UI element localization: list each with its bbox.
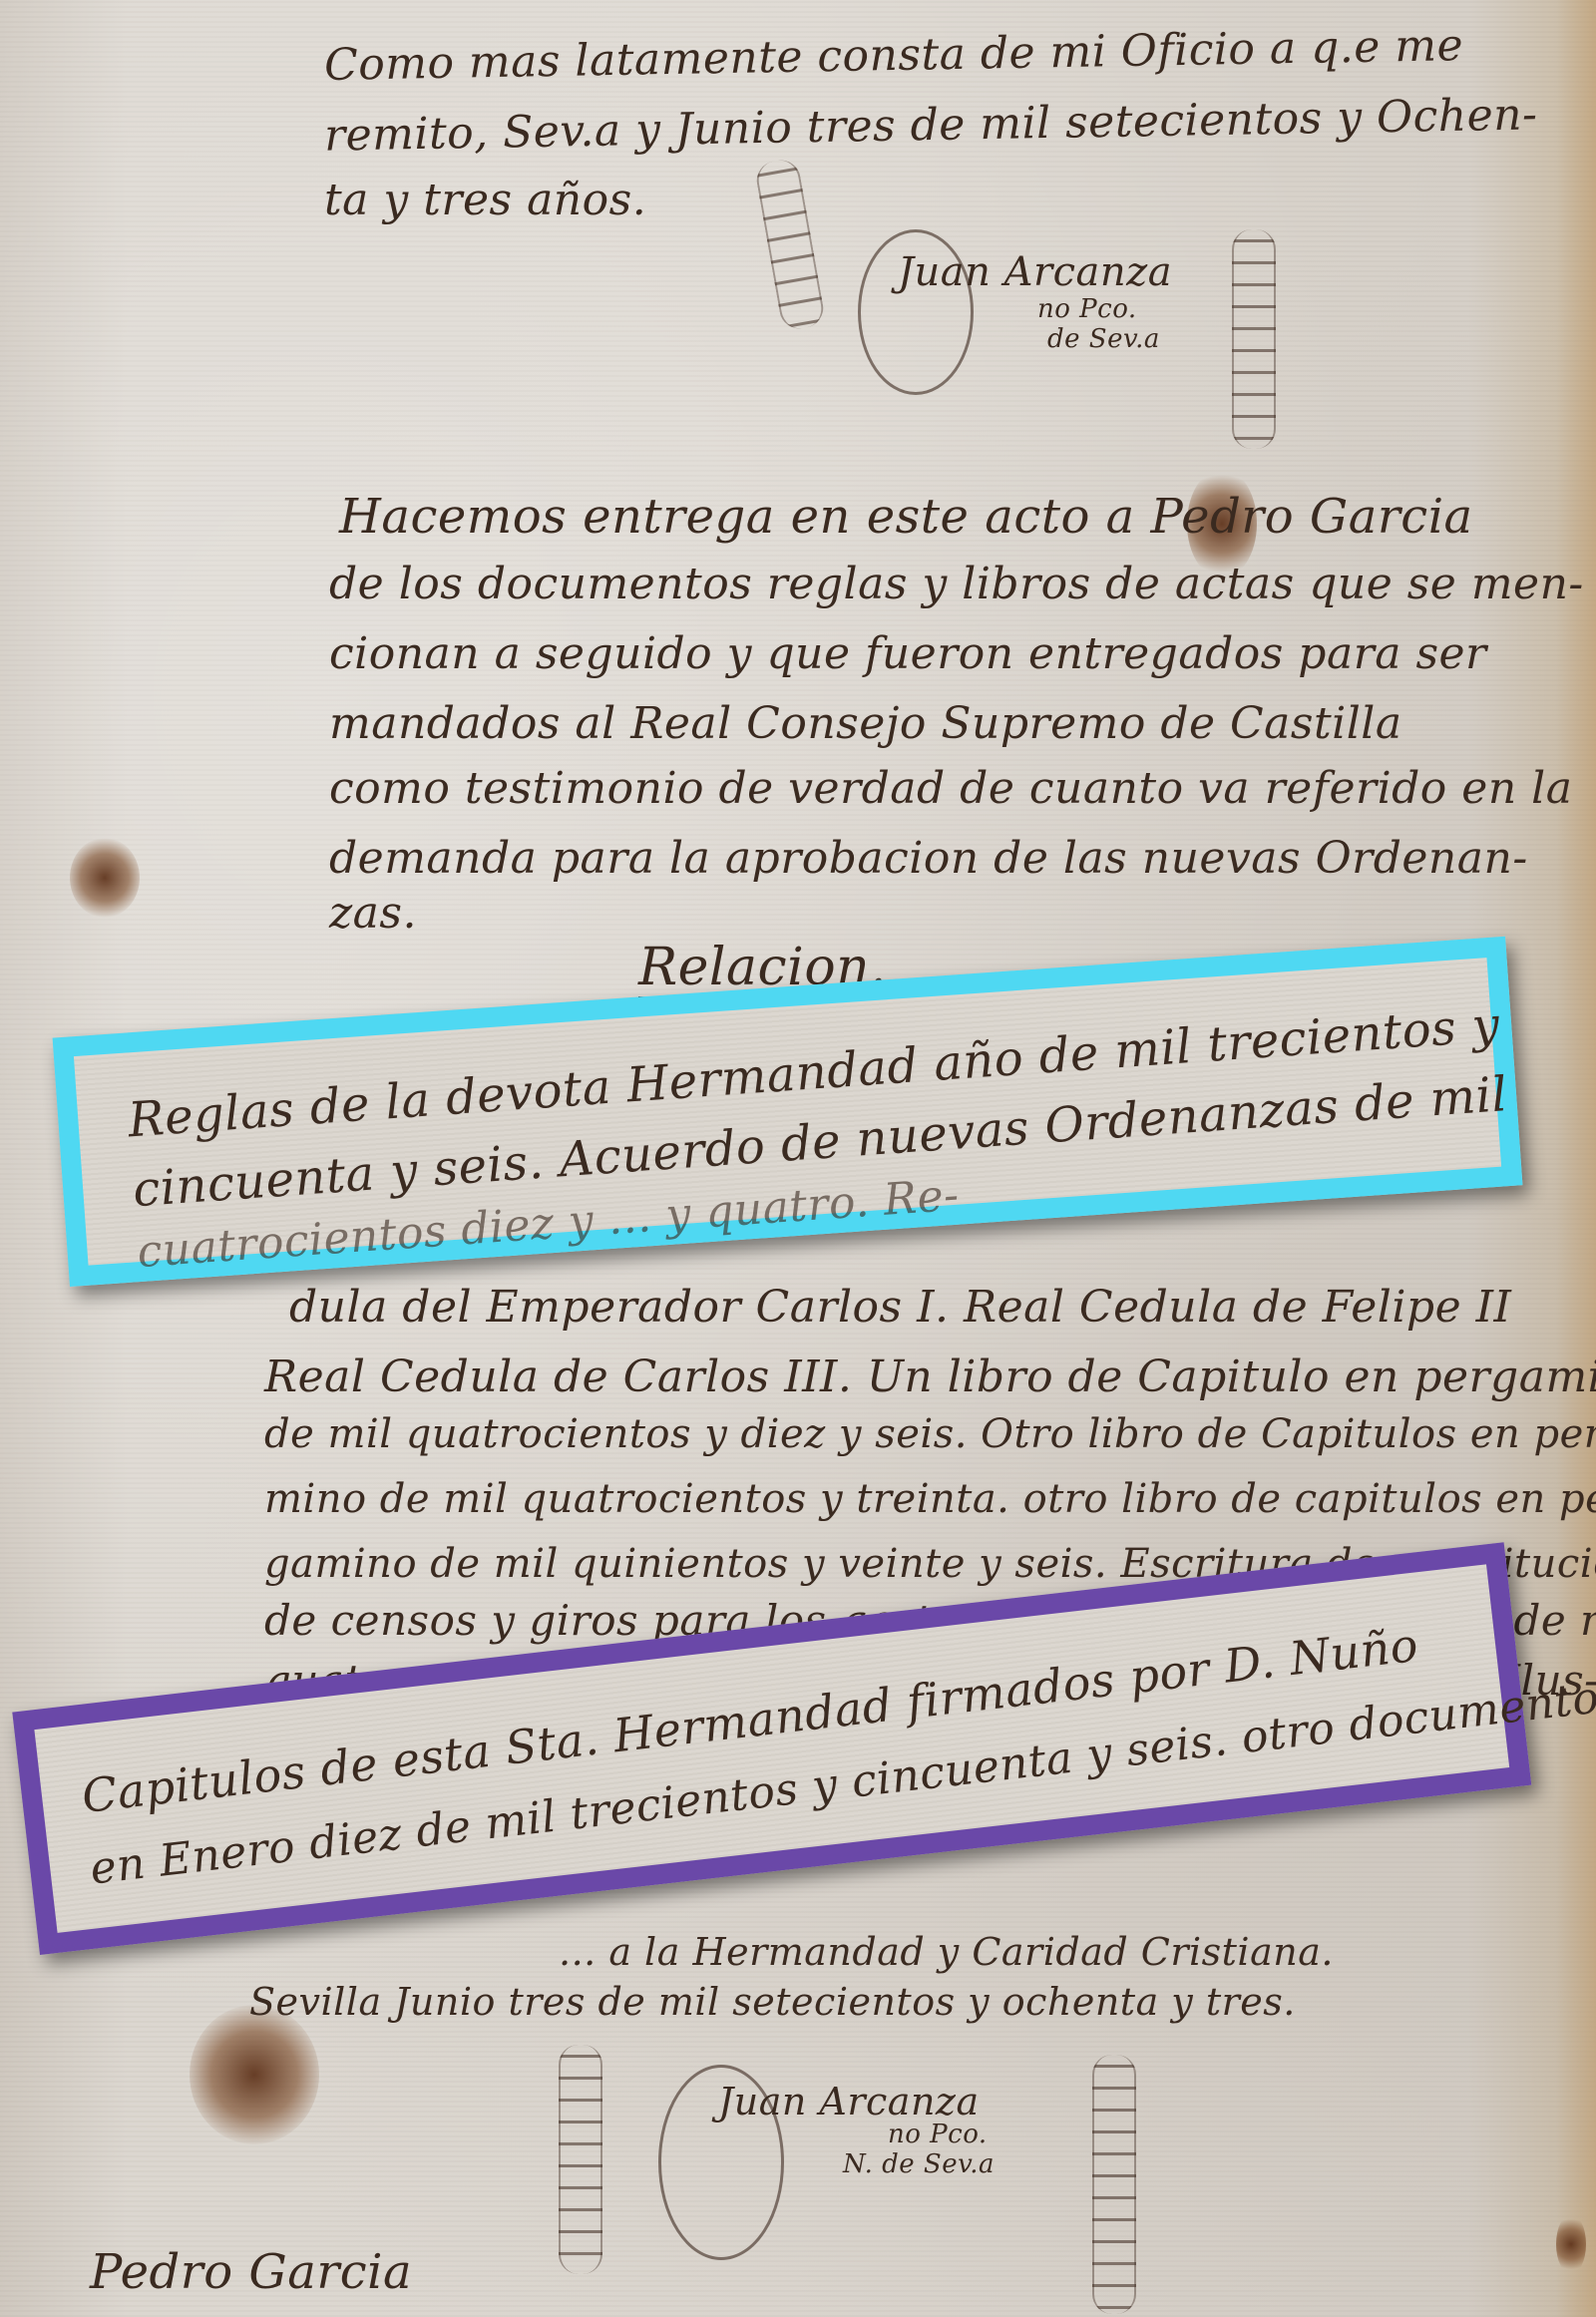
cyan-highlight-box: Reglas de la devota Hermandad año de mil… [53, 937, 1523, 1287]
body-line: demanda para la aprobacion de las nuevas… [329, 833, 1528, 884]
ink-stain [190, 2005, 319, 2144]
body-line: cionan a seguido y que fueron entregados… [329, 628, 1487, 679]
manuscript-page: Como mas latamente consta de mi Oficio a… [0, 0, 1596, 2317]
ink-stain [1556, 2214, 1586, 2274]
left-signature: Pedro Garcia [90, 2244, 412, 2300]
relacion-line: Real Cedula de Carlos III. Un libro de C… [264, 1352, 1596, 1402]
signature-name: Juan Arcanza [718, 2080, 980, 2124]
body-line: mandados al Real Consejo Supremo de Cast… [329, 698, 1402, 749]
signature-name: Juan Arcanza [898, 249, 1172, 295]
closing-line: ... a la Hermandad y Caridad Cristiana. [559, 1930, 1334, 1974]
ink-stain [70, 838, 140, 918]
body-line: como testimonio de verdad de cuanto va r… [329, 763, 1572, 814]
body-line: de los documentos reglas y libros de act… [329, 559, 1584, 609]
signature-title: no Pco. [888, 2120, 988, 2149]
signature-flourish [559, 2045, 602, 2274]
header-line: remito, Sev.a y Junio tres de mil seteci… [324, 89, 1538, 161]
signature-flourish [754, 157, 827, 331]
page-edge [1556, 0, 1596, 2317]
header-line: Como mas latamente consta de mi Oficio a… [324, 20, 1464, 91]
closing-line: Sevilla Junio tres de mil setecientos y … [249, 1980, 1296, 2024]
signature-title: N. de Sev.a [843, 2149, 995, 2179]
signature-title: no Pco. [1037, 294, 1137, 324]
header-line: ta y tres años. [324, 175, 646, 225]
relacion-line: de mil quatrocientos y diez y seis. Otro… [264, 1411, 1596, 1457]
signature-title: de Sev.a [1047, 324, 1160, 354]
body-line: zas. [329, 888, 417, 939]
signature-flourish [1232, 229, 1276, 449]
relacion-line: dula del Emperador Carlos I. Real Cedula… [289, 1282, 1511, 1333]
signature-flourish [1092, 2055, 1136, 2314]
body-line: Hacemos entrega en este acto a Pedro Gar… [339, 489, 1473, 545]
relacion-line: mino de mil quatrocientos y treinta. otr… [264, 1476, 1596, 1522]
